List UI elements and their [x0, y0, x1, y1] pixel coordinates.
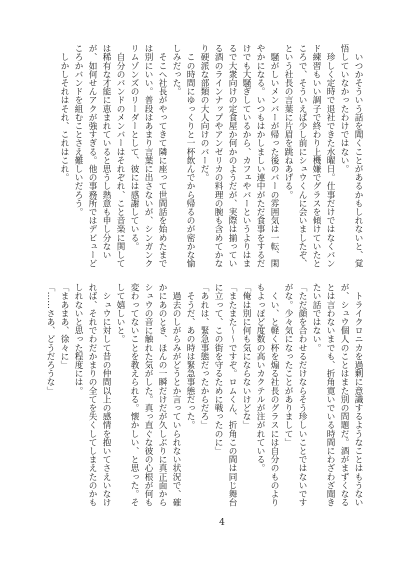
- paragraph: シュウに対して昔の仲間以上の感情を抱いてさえいなければ、それでわだかまりの全てを…: [71, 283, 113, 509]
- novel-page: いつかそういう話を聞くことがあるかもしれないと、覚悟していなかったわけではない。…: [0, 0, 400, 571]
- paragraph: 過去のしがらみがどうとか言っていられない状況で、確かにあのとき、ほんの一瞬だけだ…: [113, 283, 183, 509]
- paragraph: 「……さあ、どうだろうな」: [43, 283, 57, 509]
- paragraph: くい、と軽く杯を煽る社長のグラスには自分のものよりもよっぽど度数の高いカクテルが…: [253, 283, 281, 509]
- paragraph: 自分のバンドのメンバーはそれぞれ、こと音楽に関しては稀有な才能に恵まれていると思…: [71, 44, 127, 270]
- paragraph: いつかそういう話を聞くことがあるかもしれないと、覚悟していなかったわけではない。: [337, 44, 365, 270]
- paragraph: そうだ、あの時は緊急事態だった。: [183, 283, 197, 509]
- paragraph: この時間にゆっくりと一杯飲んでから帰るのが密かな愉しみだった。: [169, 44, 197, 270]
- upper-text-band: いつかそういう話を聞くことがあるかもしれないと、覚悟していなかったわけではない。…: [43, 44, 365, 270]
- paragraph: 「まあまあ、徐々に」: [57, 283, 71, 509]
- paragraph: しかしそれはそれ、これはこれ。: [57, 44, 71, 270]
- paragraph: トライクロニカを過剰に意識するようなことはもうないが、シュウ個人のことはまた別の…: [309, 283, 365, 509]
- paragraph: 騒がしいメンバーが帰った後のバーの雰囲気は一転、閑やかになる。いつもはかしましい…: [197, 44, 281, 270]
- paragraph: 「ただ顔を合わせるだけならそう珍しいことではないですがな。少々気になったことがあ…: [281, 283, 309, 509]
- page-number: 4: [43, 517, 400, 529]
- paragraph: 「またまた～～ですぞ。ロムくん、折角この間は同じ舞台に立って、この街を守るために…: [211, 283, 239, 509]
- lower-text-band: トライクロニカを過剰に意識するようなことはもうないが、シュウ個人のことはまた別の…: [43, 283, 365, 509]
- paragraph: 珍しく定時で退社できた水曜日。仕事だけではなくバンド練習もいい調子で終わり上機嫌…: [281, 44, 337, 270]
- paragraph: そこへ社長がやってきて隣に座って世間話を始めたまでは別にいい。普段はあまり言葉に…: [127, 44, 169, 270]
- paragraph: 「あれは、緊急事態だったからだろ」: [197, 283, 211, 509]
- paragraph: 「俺は別に何も気にならないけどな」: [239, 283, 253, 509]
